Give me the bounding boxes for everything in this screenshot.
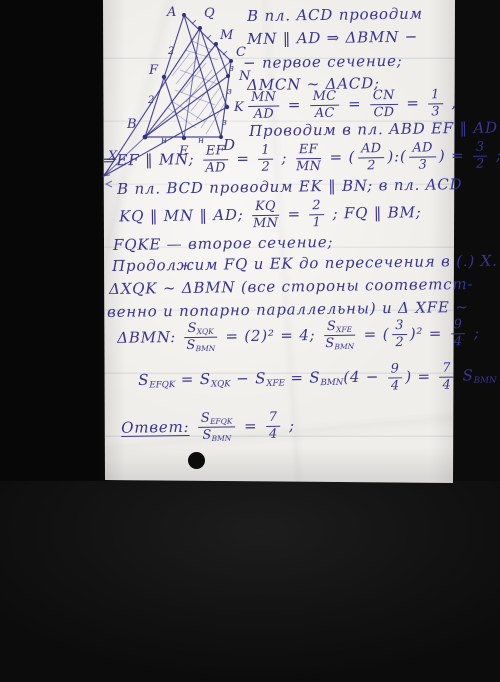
fraction: 74 (439, 362, 454, 393)
solution-line-5: Проводим в пл. ABD EF ‖ AD (249, 120, 498, 141)
handwritten-text: = ( (324, 148, 355, 166)
fraction: EFMN (296, 143, 322, 174)
subscript: XQK (197, 327, 214, 336)
fraction-numerator: 7 (266, 411, 281, 427)
handwritten-text: ; (283, 416, 295, 434)
handwritten-text: = (282, 96, 307, 114)
handwritten-text: Продолжим FQ и EK до пересечения в (.) X… (112, 252, 498, 275)
fraction-denominator: 4 (269, 427, 278, 442)
handwritten-text: ):( (387, 147, 406, 165)
fraction-numerator: SEFQK (198, 411, 236, 428)
handwritten-text: В пл. ACD проводим (247, 5, 423, 25)
fraction-denominator: AD (254, 107, 274, 122)
handwritten-text: ) = (439, 146, 470, 164)
fraction: CNCD (370, 89, 398, 120)
fraction: 12 (258, 144, 273, 175)
fraction-denominator: SBMN (325, 336, 354, 352)
photo-stage: A Q M C N F K B E D X 2 2 н н з з з В пл… (0, 0, 500, 682)
handwritten-text: )² = (410, 324, 448, 343)
handwritten-text: = (238, 417, 263, 435)
fraction-numerator: 9 (451, 319, 466, 335)
fraction-numerator: SXFE (324, 320, 355, 337)
fraction-numerator: MC (310, 90, 340, 106)
subscript: XQK (211, 380, 231, 390)
fraction-numerator: 2 (309, 199, 324, 215)
subscript: EFQK (210, 417, 232, 426)
fraction-denominator: AC (315, 106, 335, 121)
fraction-numerator: SXQK (184, 322, 216, 339)
subscript: BMN (474, 376, 497, 386)
handwritten-text: ; (276, 149, 293, 167)
handwritten-text: ; FQ ‖ BM; (327, 203, 422, 222)
fraction: EFAD (203, 144, 228, 175)
handwritten-text: ; (468, 324, 480, 342)
subscript: EFQK (149, 381, 175, 391)
handwritten-text: Проводим в пл. ABD EF ‖ AD (249, 119, 498, 140)
handwritten-text: = (231, 149, 256, 167)
fraction: SEFQKSBMN (198, 411, 236, 443)
fraction: SXFESBMN (324, 320, 356, 352)
fraction: 21 (309, 199, 324, 230)
handwritten-text: = (2)² = 4; (220, 326, 321, 345)
fraction-numerator: 1 (428, 88, 443, 104)
fraction-denominator: 2 (261, 160, 270, 175)
fraction: 94 (388, 362, 403, 393)
fraction-denominator: 4 (454, 334, 463, 349)
handwritten-text: , (446, 93, 457, 111)
fraction-numerator: 3 (473, 141, 488, 157)
solution-line-15: Ответ: SEFQKSBMN = 74 ; (121, 411, 295, 445)
hole-punch-dot (188, 452, 205, 469)
handwritten-text: ⇒EF ‖ MN; (103, 150, 200, 169)
fraction: 13 (428, 88, 443, 119)
fraction: MNAD (248, 91, 280, 122)
solution-line-13: ΔBMN: SXQKSBMN = (2)² = 4; SXFESBMN = (3… (117, 318, 480, 355)
solution-line-1: MN ‖ AD ⇒ ΔBMN − (247, 29, 418, 49)
fraction-numerator: 9 (388, 362, 403, 378)
fraction: 94 (451, 319, 466, 350)
fraction: KQMN (252, 200, 279, 231)
fraction-denominator: 4 (442, 378, 451, 393)
fraction-denominator: 2 (367, 158, 376, 173)
answer-label: Ответ: (121, 418, 189, 437)
fraction: 32 (392, 319, 407, 350)
solution-text-layer: В пл. ACD проводимMN ‖ AD ⇒ ΔBMN −− перв… (0, 0, 500, 682)
subscript: BMN (196, 344, 216, 353)
subscript: BMN (320, 378, 343, 388)
subscript: XFE (266, 379, 285, 389)
handwritten-text: ) = (405, 367, 436, 385)
handwritten-text: = ( (358, 325, 389, 343)
fraction-denominator: 1 (312, 215, 321, 230)
solution-line-8: KQ ‖ MN ‖ AD; KQMN = 21 ; FQ ‖ BM; (119, 198, 422, 233)
fraction: AD2 (358, 142, 385, 173)
fraction-denominator: SBMN (202, 428, 231, 444)
handwritten-text: MN ‖ AD ⇒ ΔBMN − (247, 28, 418, 48)
fraction-denominator: AD (205, 160, 225, 175)
handwritten-text: SEFQK = SXQK − SXFE = SBMN(4 − (138, 368, 385, 389)
fraction: SXQKSBMN (184, 322, 217, 354)
solution-line-6: ⇒EF ‖ MN; EFAD = 12 ; EFMN = (AD2):(AD3)… (103, 140, 500, 176)
fraction-denominator: MN (253, 216, 278, 231)
handwritten-text: венно и попарно параллельны) и Δ XFE ∼ (107, 298, 469, 321)
fraction-denominator: 2 (476, 157, 485, 172)
handwritten-text (189, 418, 195, 436)
handwritten-text: − первое сечение; (243, 52, 403, 72)
handwritten-text: FQKE — второе сечение; (113, 233, 333, 254)
fraction-denominator: CD (373, 105, 394, 120)
subscript: BMN (212, 434, 232, 443)
handwritten-text: = (282, 205, 307, 223)
handwritten-text: ΔBMN: (117, 328, 182, 347)
handwritten-text: = (342, 95, 367, 113)
fraction-numerator: EF (296, 143, 321, 159)
solution-line-10: Продолжим FQ и EK до пересечения в (.) X… (112, 253, 498, 276)
fraction: MCAC (310, 90, 340, 121)
fraction-denominator: SBMN (186, 338, 215, 354)
fraction-numerator: KQ (252, 200, 279, 216)
handwritten-text: ; (490, 146, 500, 164)
fraction: 74 (266, 411, 281, 442)
subscript: XFE (336, 325, 352, 334)
handwritten-text: KQ ‖ MN ‖ AD; (119, 206, 249, 226)
subscript: BMN (334, 342, 354, 351)
solution-line-2: − первое сечение; (243, 53, 403, 72)
fraction-denominator: 4 (391, 378, 400, 393)
fraction-numerator: 3 (392, 319, 407, 335)
solution-line-0: В пл. ACD проводим (247, 6, 423, 26)
fraction: AD3 (409, 141, 436, 172)
fraction-denominator: MN (296, 159, 321, 174)
solution-line-11: ΔXQK ∼ ΔBMN (все стороны соответст- (109, 276, 473, 298)
handwritten-text: ΔXQK ∼ ΔBMN (все стороны соответст- (109, 275, 473, 298)
fraction-numerator: MN (248, 91, 279, 107)
fraction-numerator: 7 (439, 362, 454, 378)
handwritten-text: В пл. BCD проводим EK ‖ BN; в пл. ACD (117, 175, 463, 198)
handwritten-text: = (401, 94, 426, 112)
fraction-numerator: AD (409, 141, 435, 157)
handwritten-text: SBMN (457, 366, 497, 385)
solution-line-9: FQKE — второе сечение; (113, 234, 333, 254)
fraction-denominator: 3 (418, 157, 427, 172)
fraction-denominator: 2 (395, 335, 404, 350)
fraction-numerator: 1 (258, 144, 273, 160)
fraction-numerator: AD (358, 142, 384, 158)
fraction-numerator: CN (370, 89, 398, 105)
solution-line-4: MNAD = MCAC = CNCD = 13 , (245, 88, 457, 122)
fraction-denominator: 3 (431, 104, 440, 119)
solution-line-14: SEFQK = SXQK − SXFE = SBMN(4 − 94) = 74 … (138, 361, 497, 397)
solution-line-7: В пл. BCD проводим EK ‖ BN; в пл. ACD (117, 176, 463, 198)
fraction: 32 (473, 141, 488, 172)
fraction-numerator: EF (203, 144, 228, 160)
